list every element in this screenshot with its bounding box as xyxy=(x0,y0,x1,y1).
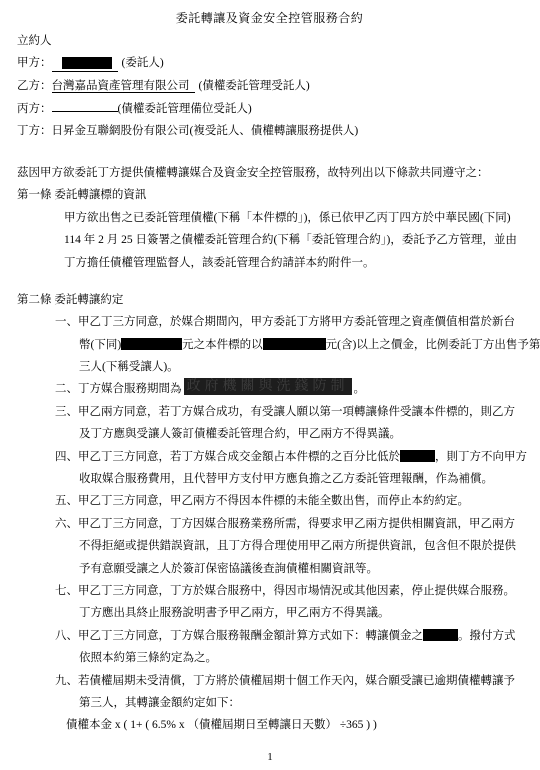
party-b-prefix: 乙方： xyxy=(17,80,52,92)
party-a-prefix: 甲方： xyxy=(17,57,52,69)
clause-4-line: 收取媒合服務費用，且代替甲方支付甲方應負擔之乙方委託管理報酬，作為補償。 xyxy=(79,468,522,490)
redaction-box xyxy=(400,450,435,462)
article-1-text-line: 丁方擔任債權管理監督人，該委託管理合約請詳本約附件一。 xyxy=(64,252,522,274)
clause-8-text: 八、甲乙丁三方同意，丁方媒合服務報酬金額計算方式如下：轉讓價金之 xyxy=(55,630,423,642)
clause-1-text: 幣(下同) xyxy=(79,339,121,351)
party-a-line: 甲方：(委託人) xyxy=(17,52,522,74)
clause-1-text: 元(含)以上之價金，比例委託丁方出售予第 xyxy=(326,339,540,351)
clause-9-line: 第三人，其轉讓金額約定如下： xyxy=(79,692,522,714)
clause-3-line: 及丁方應與受讓人簽訂債權委託管理合約，甲乙兩方不得異議。 xyxy=(79,423,522,445)
contract-document-page: 委託轉讓及資金安全控管服務合約 立約人 甲方：(委託人) 乙方：台灣嘉品資產管理… xyxy=(0,0,540,770)
clause-2-text: 二、丁方媒合服務期間為 xyxy=(55,383,182,395)
clause-7-line: 七、甲乙丁三方同意，丁方於媒合服務中，得因市場情況或其他因素，停止提供媒合服務。 xyxy=(55,580,522,602)
clause-9-line: 九、若債權屆期未受清償，丁方將於債權屆期十個工作天內，媒合願受讓已逾期債權轉讓予 xyxy=(55,670,522,692)
parties-heading: 立約人 xyxy=(17,30,522,52)
article-2-heading: 第二條 委託轉讓約定 xyxy=(17,289,522,311)
party-d-line: 丁方：日昇金互聯網股份有限公司(複受託人、債權轉讓服務提供人) xyxy=(17,120,522,142)
preamble: 茲因甲方欲委託丁方提供債權轉讓媒合及資金安全控管服務，故特列出以下條款共同遵守之… xyxy=(17,162,522,184)
party-b-company-name: 台灣嘉品資產管理有限公司 xyxy=(52,80,195,93)
clause-1-line: 三人(下稱受讓人)。 xyxy=(79,356,522,378)
party-c-prefix: 丙方： xyxy=(17,103,52,115)
clause-8-line: 依照本約第三條約定為之。 xyxy=(79,647,522,669)
clause-4-line: 四、甲乙丁三方同意，若丁方媒合成交金額占本件標的之百分比低於，則丁方不向甲方 xyxy=(55,446,522,468)
party-c-blank-underline xyxy=(52,97,118,112)
clause-4-text: 四、甲乙丁三方同意，若丁方媒合成交金額占本件標的之百分比低於 xyxy=(55,451,400,463)
party-b-role: (債權委託管理受託人) xyxy=(199,80,310,92)
clause-2-line: 二、丁方媒合服務期間為政府機關與洗錢防制。 xyxy=(55,378,522,400)
clause-2-text: 。 xyxy=(354,383,366,395)
redaction-box xyxy=(121,338,182,350)
clause-1-line: 一、甲乙丁三方同意，於媒合期間內，甲方委託丁方將甲方委託管理之資產價值相當於新台 xyxy=(55,311,522,333)
party-b-line: 乙方：台灣嘉品資產管理有限公司(債權委託管理受託人) xyxy=(17,75,522,97)
party-a-redacted-name-field xyxy=(52,55,118,72)
document-title: 委託轉讓及資金安全控管服務合約 xyxy=(17,6,522,30)
clause-8-text: 。撥付方式 xyxy=(458,630,516,642)
clause-6-line: 不得拒絕或提供錯誤資訊，且丁方得合理使用甲乙兩方所提供資訊，包含但不限於提供 xyxy=(79,535,522,557)
clause-8-line: 八、甲乙丁三方同意，丁方媒合服務報酬金額計算方式如下：轉讓價金之。撥付方式 xyxy=(55,625,522,647)
party-c-line: 丙方：(債權委託管理備位受託人) xyxy=(17,97,522,119)
party-a-role: (委託人) xyxy=(122,57,164,69)
clause-3-line: 三、甲乙兩方同意，若丁方媒合成功，有受讓人願以第一項轉讓條件受讓本件標的，則乙方 xyxy=(55,401,522,423)
clause-1-text: 元之本件標的以 xyxy=(182,339,263,351)
article-1-text-line: 甲方欲出售之已委託管理債權(下稱「本件標的」)，係已依甲乙丙丁四方於中華民國(下… xyxy=(64,207,522,229)
article-1-heading: 第一條 委託轉讓標的資訊 xyxy=(17,184,522,206)
clause-5-line: 五、甲乙丁三方同意，甲乙兩方不得因本件標的未能全數出售，而停止本約約定。 xyxy=(55,490,522,512)
party-c-role: (債權委託管理備位受託人) xyxy=(118,103,252,115)
clause-6-line: 六、甲乙丁三方同意，丁方因媒合服務業務所需，得要求甲乙兩方提供相關資訊，甲乙兩方 xyxy=(55,513,522,535)
redaction-box xyxy=(62,57,112,69)
article-1-text-line: 114 年 2 月 25 日簽署之債權委託管理合約(下稱「委託管理合約」)，委託… xyxy=(64,229,522,251)
clause-1-line: 幣(下同)元之本件標的以元(含)以上之價金，比例委託丁方出售予第 xyxy=(79,334,522,356)
redaction-box xyxy=(423,629,458,641)
page-number: 1 xyxy=(0,751,540,763)
party-d-prefix: 丁方： xyxy=(17,125,52,137)
grey-redaction-box: 政府機關與洗錢防制 xyxy=(184,378,352,395)
party-d-company-and-role: 日昇金互聯網股份有限公司(複受託人、債權轉讓服務提供人) xyxy=(52,125,359,137)
clause-4-text: ，則丁方不向甲方 xyxy=(435,451,527,463)
clause-9-formula: 債權本金 x ( 1+ ( 6.5% x （債權屆期日至轉讓日天數） ÷365 … xyxy=(66,714,522,736)
clause-7-line: 丁方應出具終止服務說明書予甲乙兩方，甲乙兩方不得異議。 xyxy=(79,602,522,624)
clause-6-line: 予有意願受讓之人於簽訂保密協議後查詢債權相關資訊等。 xyxy=(79,558,522,580)
redaction-box xyxy=(263,338,326,350)
